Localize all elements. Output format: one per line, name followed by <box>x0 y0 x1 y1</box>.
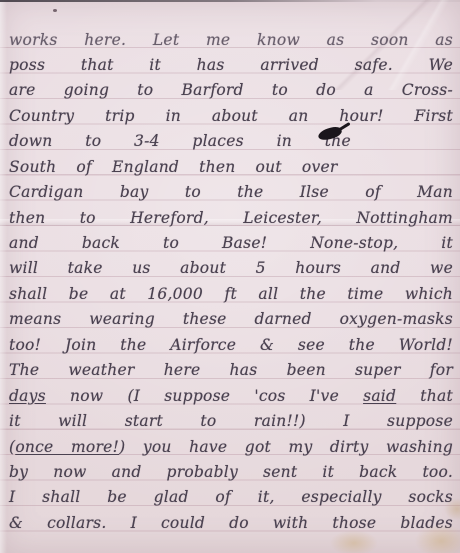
letter-line: means wearing these darned oxygen-masks <box>9 307 453 332</box>
letter-text: and back to Base! None-stop, it <box>9 234 453 252</box>
ink-speck <box>53 9 57 12</box>
letter-line: then to Hereford, Leicester, Nottingham <box>9 206 453 231</box>
letter-line: & collars. I could do with those blades <box>9 511 453 536</box>
letter-text: too! Join the Airforce & see the World! <box>9 336 453 354</box>
letter-text: works here. Let me know as soon as <box>9 31 453 49</box>
letter-line: South of England then out over <box>9 155 338 180</box>
letter-line: The weather here has been super for <box>9 358 453 383</box>
letter-line: poss that it has arrived safe. We <box>9 53 453 78</box>
letter-text: by now and probably sent it back too. <box>9 463 453 481</box>
letter-text: I shall be glad of it, especially socks <box>9 488 453 506</box>
letter-line: (once more!) you have got my dirty washi… <box>9 435 453 460</box>
underlined-word: days <box>9 387 46 405</box>
letter-text: are going to Barford to do a Cross- <box>9 81 453 99</box>
letter-text: then to Hereford, Leicester, Nottingham <box>9 209 453 227</box>
letter-line: will take us about 5 hours and we <box>9 256 453 281</box>
letter-line: days now (I suppose 'cos I've said that <box>9 384 453 409</box>
letter-line: are going to Barford to do a Cross- <box>9 78 453 103</box>
letter-text: will take us about 5 hours and we <box>9 259 453 277</box>
letter-line: it will start to rain!!) I suppose <box>9 409 453 434</box>
letter-text: The weather here has been super for <box>9 361 453 379</box>
letter-line: and back to Base! None-stop, it <box>9 231 453 256</box>
letter-line: Cardigan bay to the Ilse of Man <box>9 180 453 205</box>
letter-line: shall be at 16,000 ft all the time which <box>9 282 453 307</box>
letter-line: by now and probably sent it back too. <box>9 460 453 485</box>
underlined-word: once more! <box>15 438 119 456</box>
letter-text: South of England then out over <box>9 158 338 176</box>
age-stain <box>330 530 378 553</box>
letter-text: it will start to rain!!) I suppose <box>9 412 453 430</box>
letter-text: poss that it has arrived safe. We <box>9 56 453 74</box>
letter-line: works here. Let me know as soon as <box>9 28 453 53</box>
scan-left-edge <box>0 0 7 553</box>
letter-line: I shall be glad of it, especially socks <box>9 485 453 510</box>
letter-text: ) you have got my dirty washing <box>119 438 453 456</box>
letter-text: that <box>396 387 453 405</box>
letter-text: down to 3-4 places in the <box>9 132 351 150</box>
underlined-word: said <box>363 387 396 405</box>
letter-line: down to 3-4 places in the <box>9 129 351 154</box>
letter-text: Cardigan bay to the Ilse of Man <box>9 183 453 201</box>
letter-line: Country trip in about an hour! First <box>9 104 453 129</box>
letter-text: & collars. I could do with those blades <box>9 514 453 532</box>
letter-text: means wearing these darned oxygen-masks <box>9 310 453 328</box>
letter-line: too! Join the Airforce & see the World! <box>9 333 453 358</box>
age-stain <box>415 524 460 553</box>
letter-text: Country trip in about an hour! First <box>9 107 453 125</box>
letter-text: shall be at 16,000 ft all the time which <box>9 285 453 303</box>
letter-lines: works here. Let me know as soon asposs t… <box>9 28 453 537</box>
letter-text: now (I suppose 'cos I've <box>46 387 363 405</box>
